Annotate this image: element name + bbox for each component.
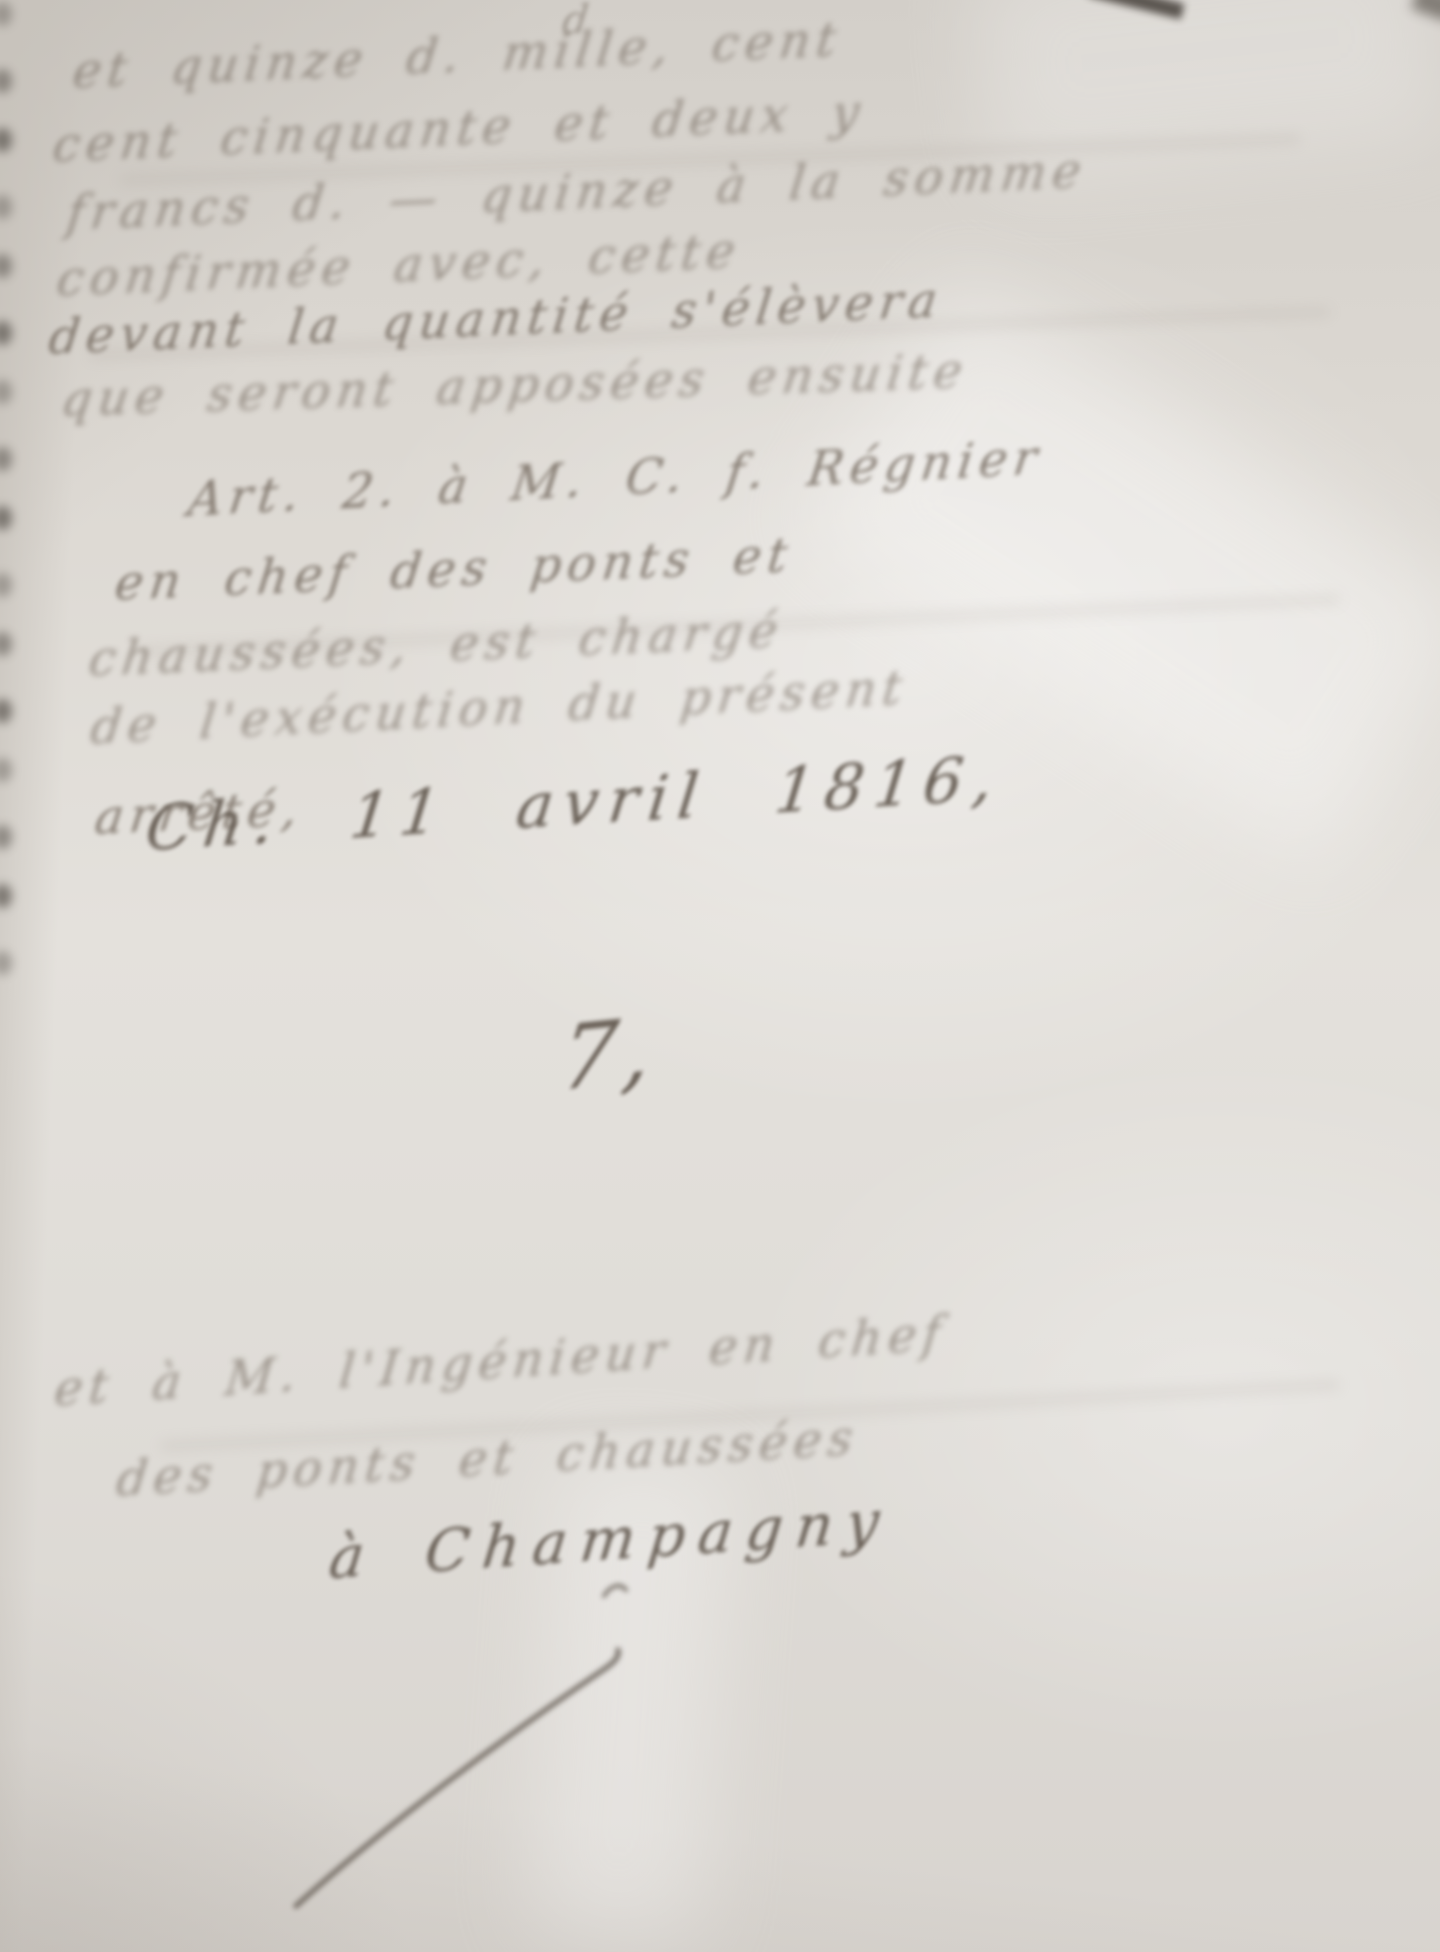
manuscript-photo: d et quinze d. mille, cent cent cinquant… bbox=[0, 0, 1440, 1952]
paraph-stroke bbox=[0, 0, 1440, 1952]
